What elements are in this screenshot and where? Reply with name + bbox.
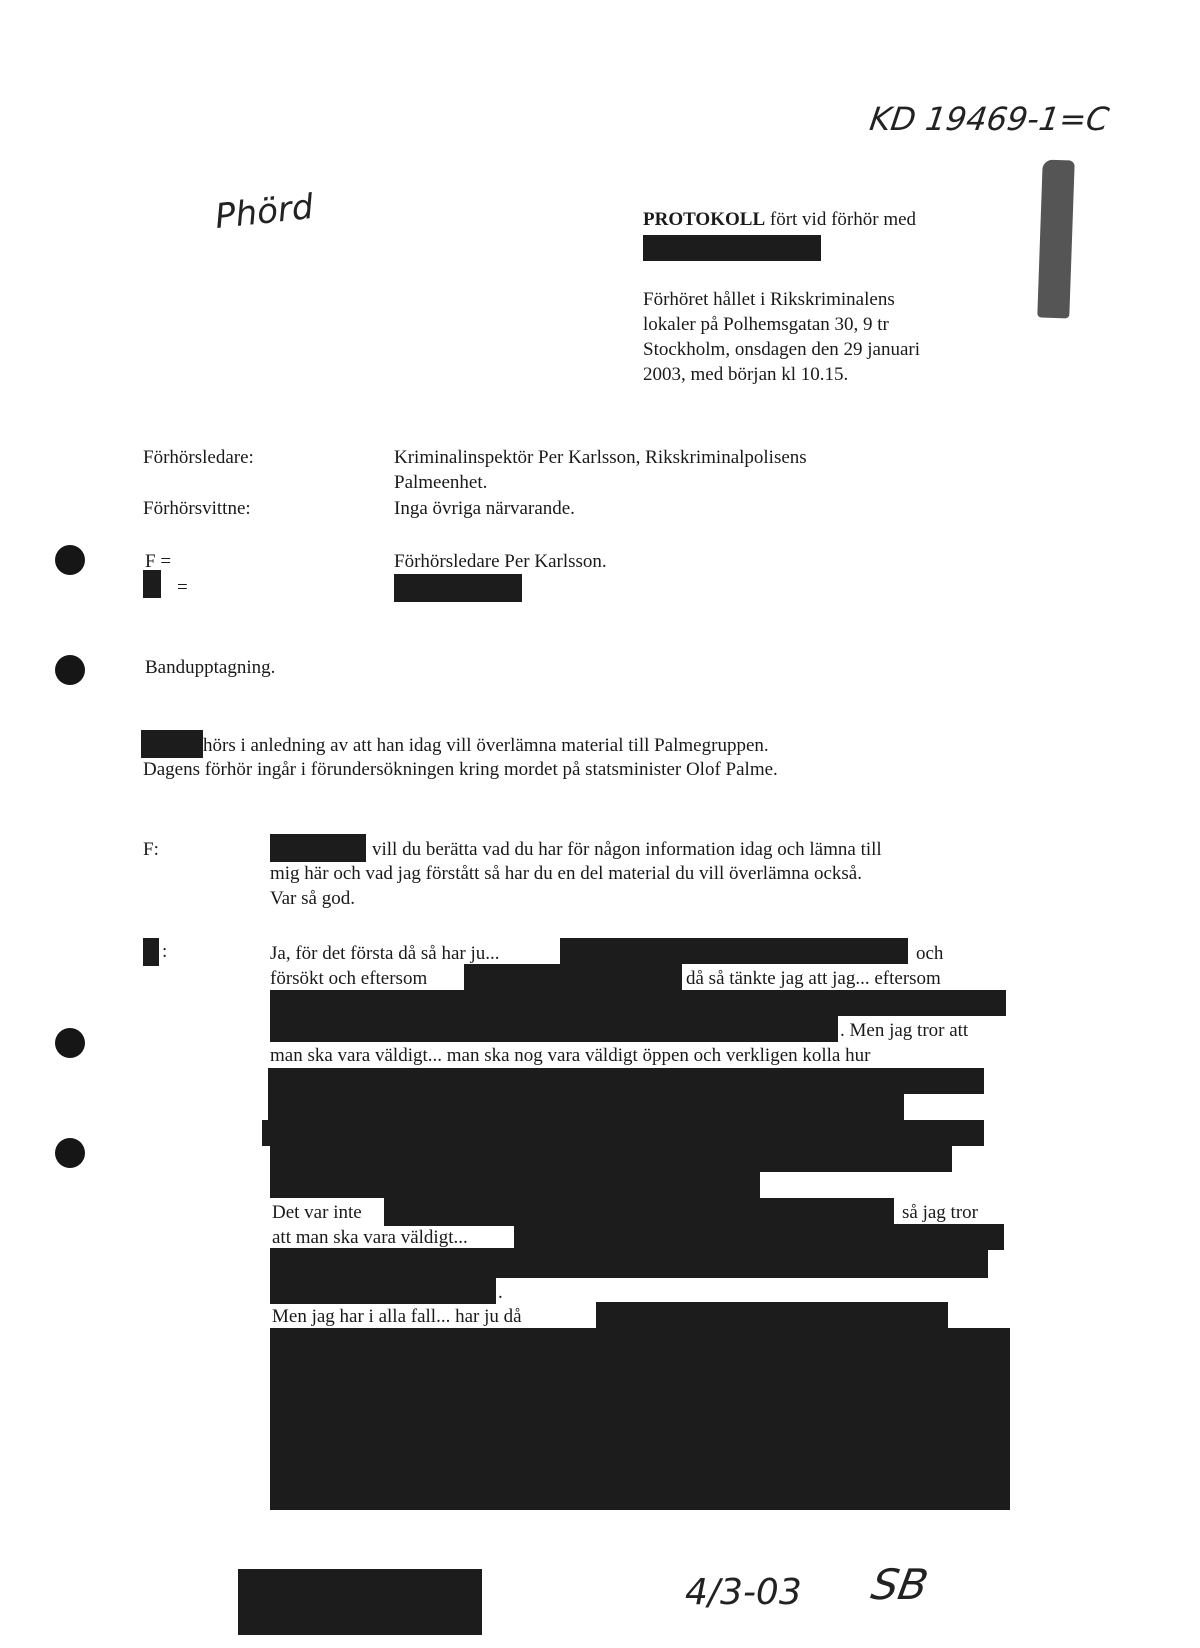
answer-speaker: : [162, 940, 167, 964]
answer-line-2b: då så tänkte jag att jag... eftersom [686, 967, 941, 991]
protocol-title: PROTOKOLL fört vid förhör med [643, 208, 916, 232]
intro-line-1: hörs i anledning av att han idag vill öv… [203, 734, 769, 758]
redacted-block [268, 1068, 984, 1094]
interrogator-label: Förhörsledare: [143, 446, 254, 470]
redacted-block [560, 938, 908, 964]
protocol-title-rest: fört vid förhör med [770, 209, 916, 230]
answer-line-7: . [498, 1281, 503, 1305]
witness-value: Inga övriga närvarande. [394, 497, 575, 521]
redacted-block [270, 1172, 760, 1198]
answer-line-2a: försökt och eftersom [270, 967, 427, 991]
recording-note: Bandupptagning. [145, 656, 275, 680]
interrogator-value-1: Kriminalinspektör Per Karlsson, Rikskrim… [394, 446, 807, 470]
redacted-block [270, 1328, 1010, 1510]
redacted-block [464, 964, 682, 990]
witness-label: Förhörsvittne: [143, 497, 251, 521]
redacted-block [270, 990, 1006, 1016]
intro-line-2: Dagens förhör ingår i förundersökningen … [143, 758, 778, 782]
question-line-2: mig här och vad jag förstått så har du e… [270, 862, 862, 886]
redacted-block [514, 1224, 1004, 1250]
answer-line-5a: Det var inte [272, 1201, 362, 1225]
protocol-title-bold: PROTOKOLL [643, 209, 765, 230]
question-line-1: vill du berätta vad du har för någon inf… [372, 838, 882, 862]
answer-line-1a: Ja, för det första då så har ju... [270, 942, 500, 966]
punch-hole [55, 1028, 85, 1058]
redacted-block [270, 1146, 952, 1172]
redacted-legend-value [394, 574, 522, 602]
redacted-block [262, 1120, 984, 1146]
interrogator-value-2: Palmeenhet. [394, 471, 487, 495]
location-line-3: Stockholm, onsdagen den 29 januari [643, 338, 920, 362]
redacted-intro-name [141, 730, 203, 758]
top-left-handwritten-note: Phörd [213, 187, 315, 237]
location-line-4: 2003, med början kl 10.15. [643, 363, 848, 387]
redacted-block [270, 1248, 988, 1278]
redacted-block [268, 1094, 904, 1120]
question-line-3: Var så god. [270, 887, 355, 911]
punch-hole [55, 545, 85, 575]
redacted-block [270, 1278, 496, 1304]
redacted-name-header [643, 235, 821, 261]
redacted-legend-key [143, 570, 161, 598]
question-speaker: F: [143, 838, 159, 862]
answer-line-6: att man ska vara väldigt... [272, 1226, 468, 1250]
answer-line-5b: så jag tror [902, 1201, 978, 1225]
legend-key-redacted: = [177, 576, 188, 600]
redacted-answer-speaker [143, 938, 159, 966]
margin-marker-mark [1037, 159, 1074, 318]
redacted-block [596, 1302, 948, 1328]
footer-handwritten-initials: SB [868, 1560, 932, 1609]
answer-line-4: man ska vara väldigt... man ska nog vara… [270, 1044, 870, 1068]
redacted-question-name [270, 834, 366, 862]
redacted-block [384, 1198, 894, 1226]
answer-line-8: Men jag har i alla fall... har ju då [272, 1305, 522, 1329]
location-line-2: lokaler på Polhemsgatan 30, 9 tr [643, 313, 889, 337]
footer-handwritten-date: 4/3-03 [685, 1572, 802, 1613]
punch-hole [55, 655, 85, 685]
redacted-block [270, 1016, 838, 1042]
case-number-handwritten: KD 19469-1=C [867, 100, 1111, 138]
redacted-footer-signature [238, 1569, 482, 1635]
location-line-1: Förhöret hållet i Rikskriminalens [643, 288, 895, 312]
punch-hole [55, 1138, 85, 1168]
answer-line-3: . Men jag tror att [840, 1019, 968, 1043]
answer-line-1b: och [916, 942, 943, 966]
legend-value-f: Förhörsledare Per Karlsson. [394, 550, 607, 574]
